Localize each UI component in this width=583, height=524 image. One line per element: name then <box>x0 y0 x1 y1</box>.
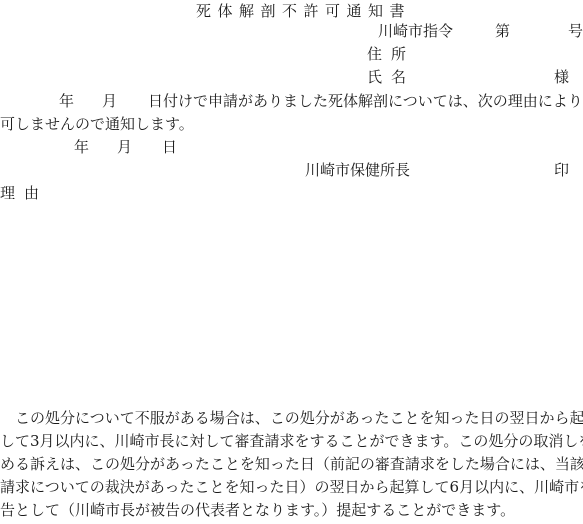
appeal-notice: この処分について不服がある場合は、この処分があったことを知った日の翌日から起算 … <box>0 407 583 522</box>
issue-year-label: 年 <box>74 136 89 159</box>
directive-number-suffix: 号 <box>568 20 583 43</box>
directive-label: 川崎市指令 <box>378 20 453 43</box>
seal-mark: 印 <box>554 159 569 182</box>
notice-line: この処分について不服がある場合は、この処分があったことを知った日の翌日から起算 <box>0 407 583 430</box>
directive-number-prefix: 第 <box>495 20 510 43</box>
issue-day-label: 日 <box>162 136 177 159</box>
notice-line: 告として（川崎市長が被告の代表者となります。）提起することができます。 <box>0 499 583 522</box>
issuer-name: 川崎市保健所長 <box>305 159 410 182</box>
reason-content-area <box>0 205 583 405</box>
name-label: 氏名 <box>367 66 415 89</box>
notice-line: 請求についての裁決があったことを知った日）の翌日から起算して6月以内に、川崎市を… <box>0 476 583 499</box>
notice-line: して3月以内に、川崎市長に対して審査請求をすることができます。この処分の取消しを… <box>0 430 583 453</box>
body-line-2: 可しませんので通知します。 <box>0 113 194 136</box>
application-text: 日付けで申請がありました死体解剖については、次の理由により許 <box>148 90 583 113</box>
reason-label: 理由 <box>0 182 48 205</box>
address-label: 住所 <box>367 43 415 66</box>
issue-month-label: 月 <box>117 136 132 159</box>
honorific: 様 <box>554 66 569 89</box>
application-month-label: 月 <box>102 90 117 113</box>
notice-line: める訴えは、この処分があったことを知った日（前記の審査請求をした場合には、当該審… <box>0 453 583 476</box>
application-year-label: 年 <box>59 90 74 113</box>
